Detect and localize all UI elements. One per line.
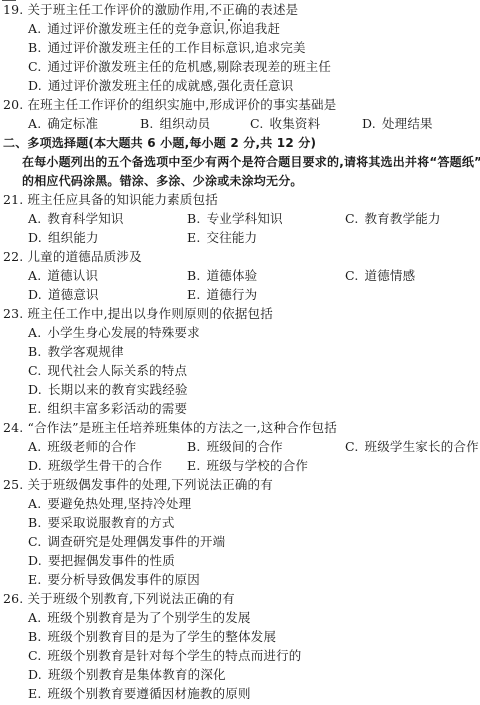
question-24-option-b: B.班级间的合作 (187, 438, 283, 456)
emphasis-char: 确 (235, 2, 248, 17)
question-25-option-c: C.调查研究是处理偶发事件的开端 (28, 533, 225, 551)
question-21-stem: 21.班主任应具备的知识能力素质包括 (3, 191, 218, 209)
question-21-option-d: D.组织能力 (28, 229, 99, 247)
emphasis-char: 正 (222, 2, 235, 17)
question-24-option-e: E.班级与学校的合作 (187, 457, 308, 475)
question-21-option-e: E.交往能力 (187, 229, 257, 247)
question-20-option-b: B.组织动员 (140, 115, 210, 133)
question-20-option-c: C.收集资料 (250, 115, 320, 133)
section-2-instruction-cont: 的相应代码涂黑。错涂、多涂、少涂或未涂均无分。 (22, 172, 303, 190)
question-26-stem: 26.关于班级个别教育,下列说法正确的有 (3, 590, 235, 608)
exam-page: 19.关于班主任工作评价的激励作用,不正确的表述是 A.通过评价激发班主任的竞争… (0, 0, 480, 705)
question-20-option-a: A.确定标准 (28, 115, 98, 133)
question-23-option-c: C.现代社会人际关系的特点 (28, 362, 187, 380)
question-19-option-b: B.通过评价激发班主任的工作目标意识,追求完美 (28, 39, 306, 57)
question-23-option-b: B.教学客观规律 (28, 343, 124, 361)
question-20-stem: 20.在班主任工作评价的组织实施中,形成评价的事实基础是 (3, 96, 336, 114)
question-23-stem: 23.班主任工作中,提出以身作则原则的依据包括 (3, 305, 273, 323)
question-22-option-d: D.道德意识 (28, 286, 99, 304)
question-26-option-d: D.班级个别教育是集体教育的深化 (28, 666, 226, 684)
question-25-option-a: A.要避免热处理,坚持冷处理 (28, 495, 191, 513)
question-19-option-d: D.通过评价激发班主任的成就感,强化责任意识 (28, 77, 293, 95)
question-25-option-e: E.要分析导致偶发事件的原因 (28, 571, 200, 589)
question-22-option-c: C.道德情感 (345, 267, 415, 285)
question-22-option-a: A.道德认识 (28, 267, 98, 285)
question-19-option-c: C.通过评价激发班主任的危机感,剔除表现差的班主任 (28, 58, 331, 76)
question-25-option-d: D.要把握偶发事件的性质 (28, 552, 175, 570)
question-22-option-b: B.道德体验 (187, 267, 257, 285)
question-21-option-c: C.教育教学能力 (345, 210, 441, 228)
question-22-stem: 22.儿童的道德品质涉及 (3, 248, 142, 266)
question-24-option-d: D.班级学生骨干的合作 (28, 457, 162, 475)
question-24-option-c: C.班级学生家长的合作 (345, 438, 479, 456)
question-22-option-e: E.道德行为 (187, 286, 257, 304)
question-26-option-a: A.班级个别教育是为了个别学生的发展 (28, 609, 251, 627)
question-26-option-b: B.班级个别教育目的是为了学生的整体发展 (28, 628, 276, 646)
question-23-option-e: E.组织丰富多彩活动的需要 (28, 400, 187, 418)
question-26-option-e: E.班级个别教育要遵循因材施教的原则 (28, 685, 251, 703)
question-25-stem: 25.关于班级偶发事件的处理,下列说法正确的有 (3, 476, 273, 494)
question-25-option-b: B.要采取说服教育的方式 (28, 514, 175, 532)
section-2-instruction: 在每小题列出的五个备选项中至少有两个是符合题目要求的,请将其选出并将“答题纸” (22, 153, 480, 171)
question-23-option-a: A.小学生身心发展的特殊要求 (28, 324, 200, 342)
question-23-option-d: D.长期以来的教育实践经验 (28, 381, 188, 399)
question-26-option-c: C.班级个别教育是针对每个学生的特点而进行的 (28, 647, 302, 665)
question-21-option-b: B.专业学科知识 (187, 210, 283, 228)
question-19-option-a: A.通过评价激发班主任的竞争意识,你追我赶 (28, 20, 280, 38)
emphasis-char: 不 (209, 2, 222, 17)
question-19-stem: 19.关于班主任工作评价的激励作用,不正确的表述是 (3, 1, 298, 19)
question-24-stem: 24.“合作法”是班主任培养班集体的方法之一,这种合作包括 (3, 419, 337, 437)
section-2-title: 二、多项选择题(本大题共 6 小题,每小题 2 分,共 12 分) (3, 134, 316, 152)
question-24-option-a: A.班级老师的合作 (28, 438, 136, 456)
question-21-option-a: A.教育科学知识 (28, 210, 124, 228)
question-20-option-d: D.处理结果 (362, 115, 433, 133)
